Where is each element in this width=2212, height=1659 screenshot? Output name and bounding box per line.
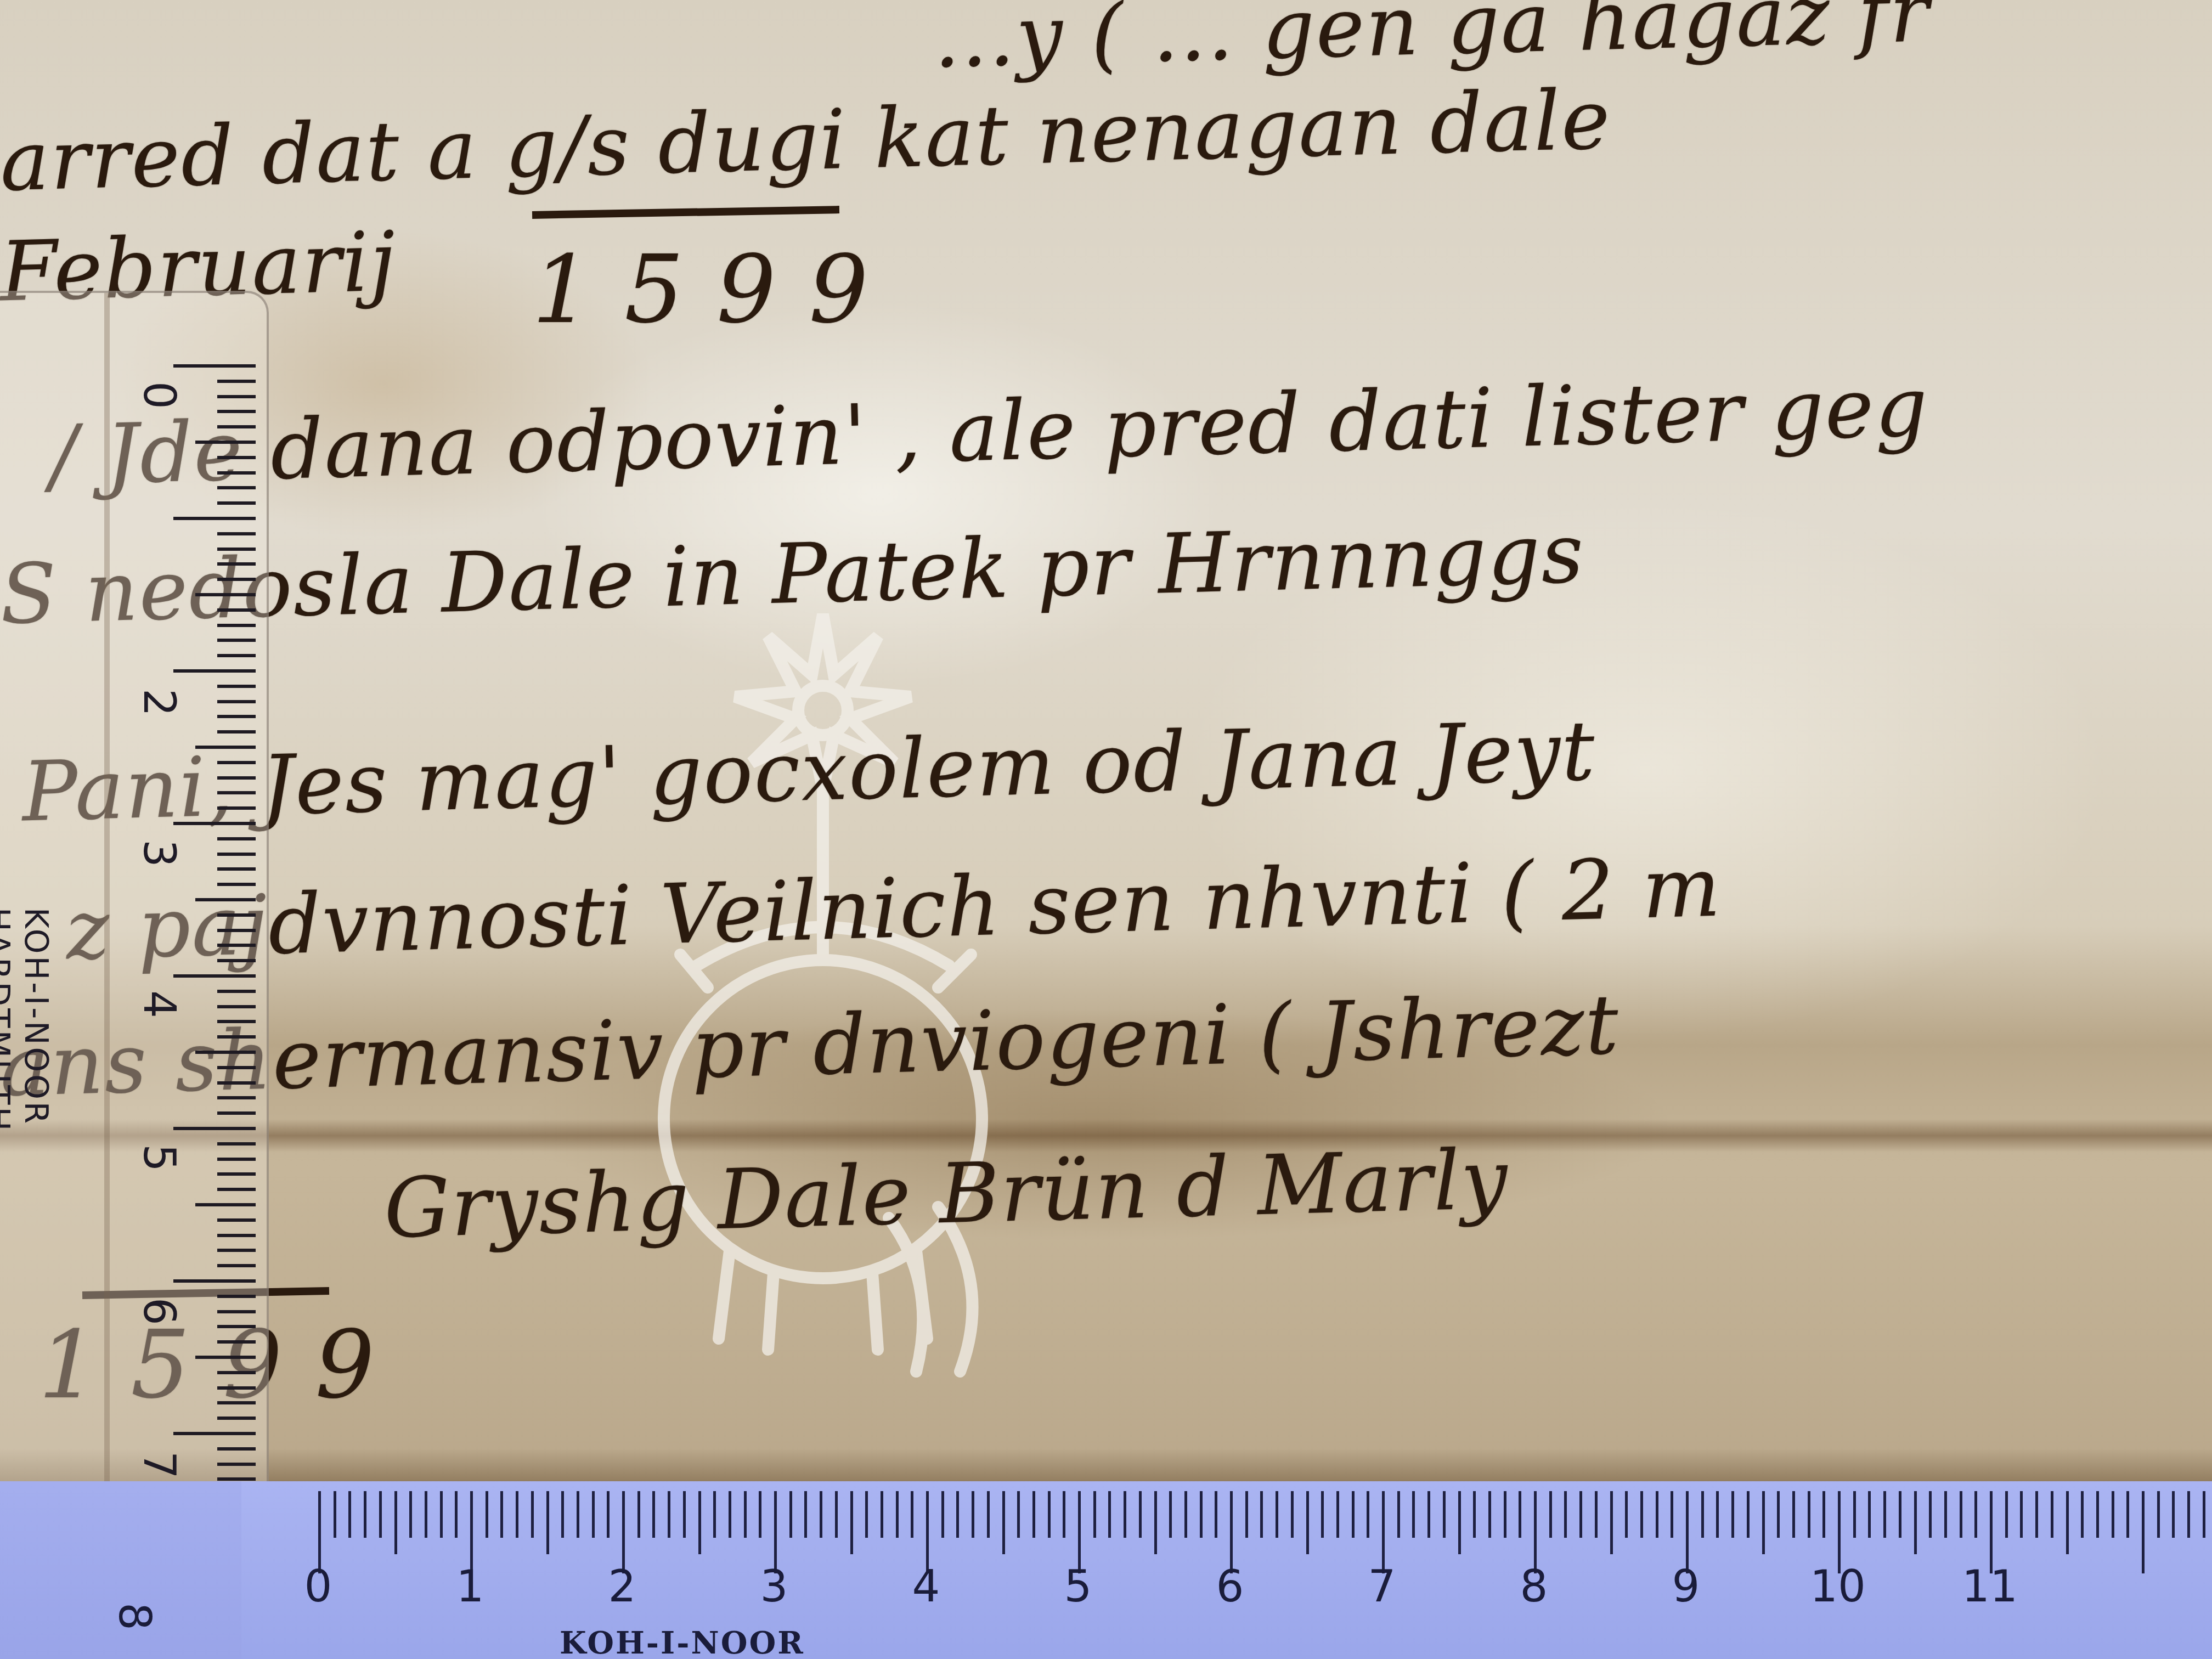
ruler-v-tick	[217, 471, 256, 475]
ruler-v-label-3: 3	[134, 832, 185, 876]
ruler-v-tick	[217, 959, 256, 962]
ruler-h-tick	[911, 1491, 913, 1538]
ruler-h-tick	[1169, 1491, 1172, 1538]
ruler-v-tick	[195, 441, 256, 444]
ruler-h-tick	[1731, 1491, 1734, 1538]
ruler-h-tick	[379, 1491, 382, 1538]
ruler-h-tick	[1427, 1491, 1430, 1538]
ruler-h-tick	[1853, 1491, 1856, 1538]
ruler-h-label-3: 3	[760, 1561, 788, 1612]
ruler-v-tick	[217, 1310, 256, 1313]
ruler-v-tick	[217, 456, 256, 459]
ruler-v-tick	[217, 1417, 256, 1420]
ruler-v-tick	[217, 806, 256, 810]
ruler-v-tick	[217, 639, 256, 642]
ruler-h-tick	[698, 1491, 701, 1554]
ruler-h-tick	[1139, 1491, 1142, 1538]
ruler-h-tick	[820, 1491, 822, 1538]
ruler-h-tick	[2157, 1491, 2160, 1538]
ruler-h-tick	[637, 1491, 640, 1538]
date-top-1599: 1599	[532, 236, 901, 345]
ruler-h-tick	[1321, 1491, 1324, 1538]
ruler-v-tick	[217, 1325, 256, 1328]
ruler-v-tick	[195, 1203, 256, 1206]
ruler-h-tick	[804, 1491, 807, 1538]
ruler-h-tick	[713, 1491, 716, 1538]
ruler-h-tick	[1397, 1491, 1400, 1538]
ruler-v-tick	[217, 700, 256, 703]
ruler-h-tick	[1564, 1491, 1567, 1538]
ruler-h-tick	[1914, 1491, 1917, 1554]
ruler-h-tick	[1883, 1491, 1886, 1538]
ruler-h-tick	[516, 1491, 518, 1538]
ruler-h-tick	[1488, 1491, 1491, 1538]
ruler-v-tick	[217, 990, 256, 993]
ruler-v-tick	[173, 822, 256, 825]
ruler-v-label-0: 0	[134, 374, 185, 417]
ruler-h-tick	[1367, 1491, 1369, 1538]
ruler-h-tick	[531, 1491, 534, 1538]
ruler-h-tick	[1184, 1491, 1187, 1538]
ruler-h-tick	[896, 1491, 899, 1538]
ruler-h-tick	[1671, 1491, 1673, 1538]
ruler-h-tick	[1579, 1491, 1582, 1538]
ruler-h-tick	[1002, 1491, 1005, 1554]
ruler-v-tick	[195, 1356, 256, 1359]
ruler-h-tick	[729, 1491, 731, 1538]
ruler-h-tick	[1443, 1491, 1446, 1538]
ruler-h-tick	[2005, 1491, 2008, 1538]
ruler-h-label-5: 5	[1064, 1561, 1092, 1612]
ruler-h-tick	[1063, 1491, 1065, 1538]
ruler-v-tick	[217, 1081, 256, 1085]
ruler-v-tick	[217, 715, 256, 718]
ruler-groove	[104, 293, 110, 1649]
ruler-v-tick	[217, 791, 256, 794]
ruler-h-tick	[1716, 1491, 1719, 1538]
ruler-h-tick	[835, 1491, 838, 1538]
ruler-v-tick	[217, 761, 256, 764]
ruler-h-tick	[1808, 1491, 1810, 1538]
ruler-h-label-6: 6	[1216, 1561, 1244, 1612]
ruler-h-label-11: 11	[1962, 1561, 2018, 1612]
ruler-v-tick	[195, 898, 256, 901]
ruler-h-tick	[744, 1491, 747, 1538]
ruler-h-label-1: 1	[456, 1561, 484, 1612]
ruler-v-tick	[217, 837, 256, 840]
ruler-h-tick	[1747, 1491, 1750, 1538]
ruler-h-tick	[683, 1491, 686, 1538]
ruler-h-tick	[972, 1491, 974, 1538]
ruler-h-tick	[1032, 1491, 1035, 1538]
ruler-h-tick	[409, 1491, 412, 1538]
ruler-h-tick	[2126, 1491, 2129, 1538]
ruler-h-tick	[2020, 1491, 2023, 1538]
ruler-h-tick	[440, 1491, 443, 1538]
ruler-h-tick	[1260, 1491, 1263, 1538]
ruler-h-tick	[1412, 1491, 1415, 1538]
ruler-h-tick	[1868, 1491, 1871, 1538]
ruler-h-tick	[455, 1491, 458, 1538]
ruler-h-tick	[1048, 1491, 1051, 1538]
ruler-v-tick	[195, 593, 256, 596]
ruler-h-label-10: 10	[1810, 1561, 1866, 1612]
ruler-h-tick	[1656, 1491, 1658, 1538]
ruler-h-tick	[1291, 1491, 1294, 1538]
ruler-h-tick	[652, 1491, 655, 1538]
ruler-h-tick	[486, 1491, 488, 1538]
ruler-h-tick	[668, 1491, 670, 1538]
ruler-v-tick	[173, 364, 256, 368]
ruler-v-tick	[217, 578, 256, 581]
ruler-v-tick	[173, 1432, 256, 1435]
ruler-h-tick	[2203, 1491, 2205, 1538]
ruler-v-brand-line2: HARDTMUTH	[0, 907, 16, 1133]
ruler-h-tick	[1093, 1491, 1096, 1538]
ruler-h-tick	[1974, 1491, 1977, 1538]
ruler-h-tick	[1595, 1491, 1598, 1538]
ruler-h-tick	[2112, 1491, 2114, 1538]
ruler-h-tick	[1336, 1491, 1339, 1538]
ruler-h-tick	[1777, 1491, 1780, 1538]
ruler-v-tick	[217, 1111, 256, 1115]
ruler-h-tick	[592, 1491, 595, 1538]
ruler-v-tick	[217, 380, 256, 383]
ruler-h-tick	[425, 1491, 427, 1538]
ruler-v-tick	[217, 853, 256, 856]
ruler-h-tick	[394, 1491, 397, 1554]
ruler-h-tick	[1215, 1491, 1217, 1538]
ruler-h-label-2: 2	[608, 1561, 636, 1612]
ruler-h-tick	[956, 1491, 959, 1538]
ruler-h-tick	[1960, 1491, 1962, 1538]
ruler-h-label-7: 7	[1368, 1561, 1396, 1612]
ruler-v-tick	[217, 410, 256, 413]
ruler-v-tick	[217, 1172, 256, 1176]
ruler-h-tick	[2035, 1491, 2038, 1538]
ruler-v-tick	[217, 1447, 256, 1451]
ruler-v-tick	[217, 685, 256, 688]
ruler-h-tick	[881, 1491, 883, 1538]
ruler-v-tick	[217, 654, 256, 657]
ruler-v-tick	[217, 1188, 256, 1191]
ruler-h-tick	[546, 1491, 549, 1554]
ruler-v-tick	[217, 944, 256, 947]
ruler-v-tick	[217, 1005, 256, 1008]
ruler-v-tick	[217, 730, 256, 733]
ruler-v-tick	[217, 608, 256, 612]
ruler-h-tick	[2081, 1491, 2084, 1538]
ruler-v-tick	[217, 1234, 256, 1237]
ruler-h-tick	[1017, 1491, 1020, 1538]
ruler-h-tick	[1124, 1491, 1126, 1538]
ruler-h-tick	[1200, 1491, 1203, 1538]
ruler-h-tick	[1473, 1491, 1476, 1538]
ruler-h-tick	[1610, 1491, 1613, 1554]
ruler-h-tick	[865, 1491, 868, 1538]
ruler-h-tick	[1929, 1491, 1932, 1538]
ruler-h-tick	[941, 1491, 944, 1538]
ruler-v-tick	[217, 1020, 256, 1023]
ruler-v-label-8: 8	[109, 1602, 160, 1630]
ruler-v-tick	[173, 1127, 256, 1130]
ruler-h-tick	[607, 1491, 610, 1538]
ruler-h-tick	[1306, 1491, 1309, 1554]
ruler-h-tick	[1944, 1491, 1947, 1538]
ruler-v-tick	[195, 1051, 256, 1054]
ruler-v-tick	[217, 913, 256, 917]
ruler-v-tick	[217, 1218, 256, 1222]
ruler-h-tick	[1640, 1491, 1643, 1538]
horizontal-ruler: 01234567891011 KOH-I-NOOR	[241, 1481, 2212, 1659]
ruler-h-tick	[1276, 1491, 1278, 1538]
vertical-ruler: 0 2 3 4 5 6 7 KOH-I-NOOR HARDTMUTH	[0, 291, 269, 1651]
ruler-h-tick	[2142, 1491, 2145, 1573]
ruler-v-tick	[217, 624, 256, 627]
ruler-v-tick	[217, 1295, 256, 1298]
ruler-h-tick	[1762, 1491, 1765, 1554]
ruler-v-tick	[217, 1371, 256, 1374]
ruler-h-tick	[759, 1491, 761, 1538]
vertical-ruler-bottom-segment: 8	[0, 1481, 252, 1659]
ruler-v-tick	[217, 1401, 256, 1404]
ruler-h-label-4: 4	[912, 1561, 940, 1612]
ruler-v-label-2: 2	[134, 681, 185, 725]
ruler-h-tick	[364, 1491, 366, 1538]
ruler-h-tick	[334, 1491, 336, 1538]
ruler-v-tick	[217, 1264, 256, 1267]
ruler-v-label-6: 6	[134, 1290, 185, 1334]
ruler-h-tick	[1822, 1491, 1825, 1538]
ruler-v-tick	[173, 669, 256, 673]
ruler-h-tick	[1625, 1491, 1628, 1538]
ruler-v-tick	[217, 532, 256, 535]
ruler-v-tick	[217, 1158, 256, 1161]
ruler-h-tick	[1519, 1491, 1521, 1538]
ruler-h-tick	[2096, 1491, 2099, 1538]
ruler-v-tick	[217, 1035, 256, 1039]
ruler-h-tick	[500, 1491, 503, 1538]
ruler-v-tick	[173, 974, 256, 978]
ruler-h-tick	[789, 1491, 792, 1538]
ruler-h-tick	[1154, 1491, 1157, 1554]
ruler-v-tick	[217, 929, 256, 932]
ruler-v-tick	[217, 395, 256, 398]
ruler-h-tick	[1108, 1491, 1111, 1538]
ruler-h-tick	[1701, 1491, 1704, 1538]
ruler-v-tick	[217, 1142, 256, 1145]
ruler-v-label-7: 7	[134, 1443, 185, 1487]
ruler-v-tick	[217, 1340, 256, 1344]
ruler-v-label-4: 4	[134, 983, 185, 1026]
ruler-v-label-5: 5	[134, 1136, 185, 1180]
ruler-h-tick	[1352, 1491, 1355, 1538]
ruler-h-label-0: 0	[304, 1561, 332, 1612]
ruler-h-tick	[1792, 1491, 1795, 1538]
ruler-v-tick	[217, 548, 256, 551]
ruler-h-tick	[1549, 1491, 1552, 1538]
ruler-h-tick	[2051, 1491, 2053, 1538]
ruler-h-tick	[1245, 1491, 1248, 1538]
ruler-v-tick	[217, 776, 256, 780]
ruler-v-tick	[217, 501, 256, 505]
ruler-v-tick	[217, 1386, 256, 1390]
ruler-h-tick	[577, 1491, 579, 1538]
ruler-v-tick	[217, 425, 256, 428]
ruler-h-tick	[561, 1491, 564, 1538]
ruler-h-tick	[348, 1491, 351, 1538]
ruler-h-brand: KOH-I-NOOR	[560, 1625, 805, 1659]
ruler-h-tick	[1899, 1491, 1901, 1538]
ruler-h-tick	[850, 1491, 853, 1554]
ruler-v-tick	[217, 867, 256, 871]
ruler-h-tick	[1458, 1491, 1461, 1554]
ruler-h-tick	[987, 1491, 990, 1538]
ruler-h-tick	[1504, 1491, 1506, 1538]
ruler-v-tick	[217, 1096, 256, 1099]
ruler-v-tick	[195, 746, 256, 749]
ruler-v-tick	[217, 486, 256, 489]
ruler-v-tick	[217, 1463, 256, 1466]
ruler-v-brand: KOH-I-NOOR	[18, 907, 55, 1126]
ruler-v-tick	[217, 883, 256, 886]
ruler-h-tick	[2172, 1491, 2175, 1538]
ruler-v-tick	[217, 1066, 256, 1069]
ruler-h-tick	[2066, 1491, 2069, 1554]
ruler-v-tick	[173, 517, 256, 520]
ruler-h-tick	[2187, 1491, 2190, 1538]
ruler-h-label-8: 8	[1520, 1561, 1548, 1612]
ruler-v-tick	[217, 1249, 256, 1252]
ruler-h-label-9: 9	[1672, 1561, 1700, 1612]
ruler-v-tick	[217, 1477, 256, 1481]
ruler-v-tick	[173, 1279, 256, 1283]
ruler-v-tick	[217, 562, 256, 566]
